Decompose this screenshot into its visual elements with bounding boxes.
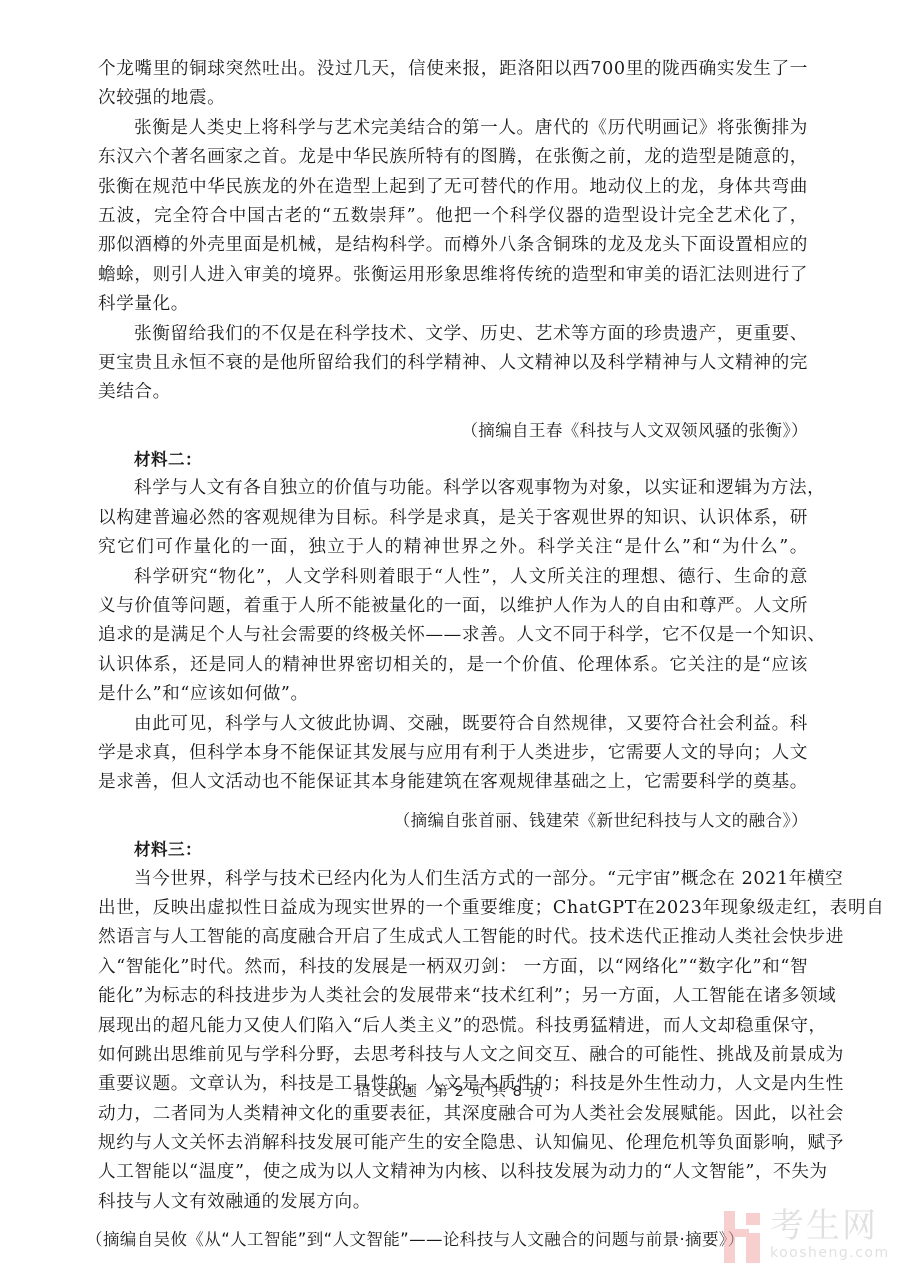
paragraph-line: 是什么”和“应该如何做”。 <box>98 680 808 709</box>
paragraph-line: 学是求真，但科学本身不能保证其发展与应用有利于人类进步，它需要人文的导向；人文 <box>98 739 808 768</box>
paragraph-line: 以构建普遍必然的客观规律为目标。科学是求真，是关于客观世界的知识、认识体系，研 <box>98 504 808 533</box>
exam-page: 个龙嘴里的铜球突然吐出。没过几天，信使来报，距洛阳以西700里的陇西确实发生了一… <box>98 55 808 1255</box>
paragraph-line: 能化”为标志的科技进步为人类社会的发展带来“技术红利”；另一方面，人工智能在诸多… <box>98 982 808 1011</box>
paragraph-line: 出世，反映出虚拟性日益成为现实世界的一个重要维度；ChatGPT在2023年现象… <box>98 894 808 923</box>
material-heading: 材料三： <box>98 835 808 864</box>
paragraph-line: 东汉六个著名画家之首。龙是中华民族所特有的图腾，在张衡之前，龙的造型是随意的， <box>98 143 808 172</box>
paragraph-line: 由此可见，科学与人文彼此协调、交融，既要符合自然规律，又要符合社会利益。科 <box>98 710 808 739</box>
material-heading: 材料二： <box>98 445 808 474</box>
paragraph-line: 如何跳出思维前见与学科分野，去思考科技与人文之间交互、融合的可能性、挑战及前景成… <box>98 1041 808 1070</box>
paragraph-line: 科学研究“物化”，人文学科则着眼于“人性”，人文所关注的理想、德行、生命的意 <box>98 563 808 592</box>
paragraph-line: 科学量化。 <box>98 290 808 319</box>
paragraph-line: 认识体系，还是同人的精神世界密切相关的，是一个价值、伦理体系。它关注的是“应该 <box>98 651 808 680</box>
paragraph-line: 张衡留给我们的不仅是在科学技术、文学、历史、艺术等方面的珍贵遗产，更重要、 <box>98 320 808 349</box>
paragraph-line: 义与价值等问题，着重于人所不能被量化的一面，以维护人作为人的自由和尊严。人文所 <box>98 592 808 621</box>
paragraph-line: 美结合。 <box>98 378 808 407</box>
source-citation: （摘编自王春《科技与人文双领风骚的张衡》） <box>98 416 808 445</box>
paragraph-line: 次较强的地震。 <box>98 84 808 113</box>
watermark: 考生网 koosheng.com <box>722 1207 892 1267</box>
paragraph-line: 入“智能化”时代。然而，科技的发展是一柄双刃剑： 一方面，以“网络化”“数字化”… <box>98 953 808 982</box>
watermark-brand-en: koosheng.com <box>770 1245 890 1261</box>
paragraph-line: 蟾蜍，则引人进入审美的境界。张衡运用形象思维将传统的造型和审美的语汇法则进行了 <box>98 261 808 290</box>
paragraph-line: 那似酒樽的外壳里面是机械，是结构科学。而樽外八条含铜珠的龙及龙头下面设置相应的 <box>98 231 808 260</box>
paragraph-line: 张衡是人类史上将科学与艺术完美结合的第一人。唐代的《历代明画记》将张衡排为 <box>98 114 808 143</box>
paragraph-line: 追求的是满足个人与社会需要的终极关怀——求善。人文不同于科学，它不仅是一个知识、 <box>98 621 808 650</box>
paragraph-line: 当今世界，科学与技术已经内化为人们生活方式的一部分。“元宇宙”概念在 2021年… <box>98 865 808 894</box>
material1-section: 个龙嘴里的铜球突然吐出。没过几天，信使来报，距洛阳以西700里的陇西确实发生了一… <box>98 55 808 445</box>
paragraph-line: 科学与人文有各自独立的价值与功能。科学以客观事物为对象，以实证和逻辑为方法， <box>98 474 808 503</box>
paragraph-line: 更宝贵且永恒不衰的是他所留给我们的科学精神、人文精神以及科学精神与人文精神的完 <box>98 349 808 378</box>
paragraph-line: 个龙嘴里的铜球突然吐出。没过几天，信使来报，距洛阳以西700里的陇西确实发生了一 <box>98 55 808 84</box>
watermark-brand-cn: 考生网 <box>770 1207 878 1245</box>
material2-section: 材料二： 科学与人文有各自独立的价值与功能。科学以客观事物为对象，以实证和逻辑为… <box>98 445 808 835</box>
page-footer: 语文试题 第 2 页 共 8 页 <box>0 1080 900 1101</box>
paragraph-line: 科技与人文有效融通的发展方向。 <box>98 1188 808 1217</box>
paragraph-line: 究它们可作量化的一面，独立于人的精神世界之外。科学关注“是什么”和“为什么”。 <box>98 533 808 562</box>
material3-section: 材料三： 当今世界，科学与技术已经内化为人们生活方式的一部分。“元宇宙”概念在 … <box>98 835 808 1254</box>
paragraph-line: 展现出的超凡能力又使人们陷入“后人类主义”的恐慌。科技勇猛精进，而人文却稳重保守… <box>98 1012 808 1041</box>
paragraph-line: 人工智能以“温度”，使之成为以人文精神为内核、以科技发展为动力的“人文智能”，不… <box>98 1158 808 1187</box>
watermark-logo-icon <box>724 1211 760 1263</box>
paragraph-line: 张衡在规范中华民族龙的外在造型上起到了无可替代的作用。地动仪上的龙，身体共弯曲 <box>98 173 808 202</box>
paragraph-line: 是求善，但人文活动也不能保证其本身能建筑在客观规律基础之上，它需要科学的奠基。 <box>98 768 808 797</box>
paragraph-line: 动力，二者同为人类精神文化的重要表征，其深度融合可为人类社会发展赋能。因此，以社… <box>98 1100 808 1129</box>
source-citation: （摘编自吴攸《从“人工智能”到“人文智能”——论科技与人文融合的问题与前景·摘要… <box>86 1225 808 1254</box>
paragraph-line: 然语言与人工智能的高度融合开启了生成式人工智能的时代。技术迭代正推动人类社会快步… <box>98 923 808 952</box>
source-citation: （摘编自张首丽、钱建荣《新世纪科技与人文的融合》） <box>98 806 808 835</box>
paragraph-line: 规约与人文关怀去消解科技发展可能产生的安全隐患、认知偏见、伦理危机等负面影响，赋… <box>98 1129 808 1158</box>
paragraph-line: 五波，完全符合中国古老的“五数崇拜”。他把一个科学仪器的造型设计完全艺术化了， <box>98 202 808 231</box>
